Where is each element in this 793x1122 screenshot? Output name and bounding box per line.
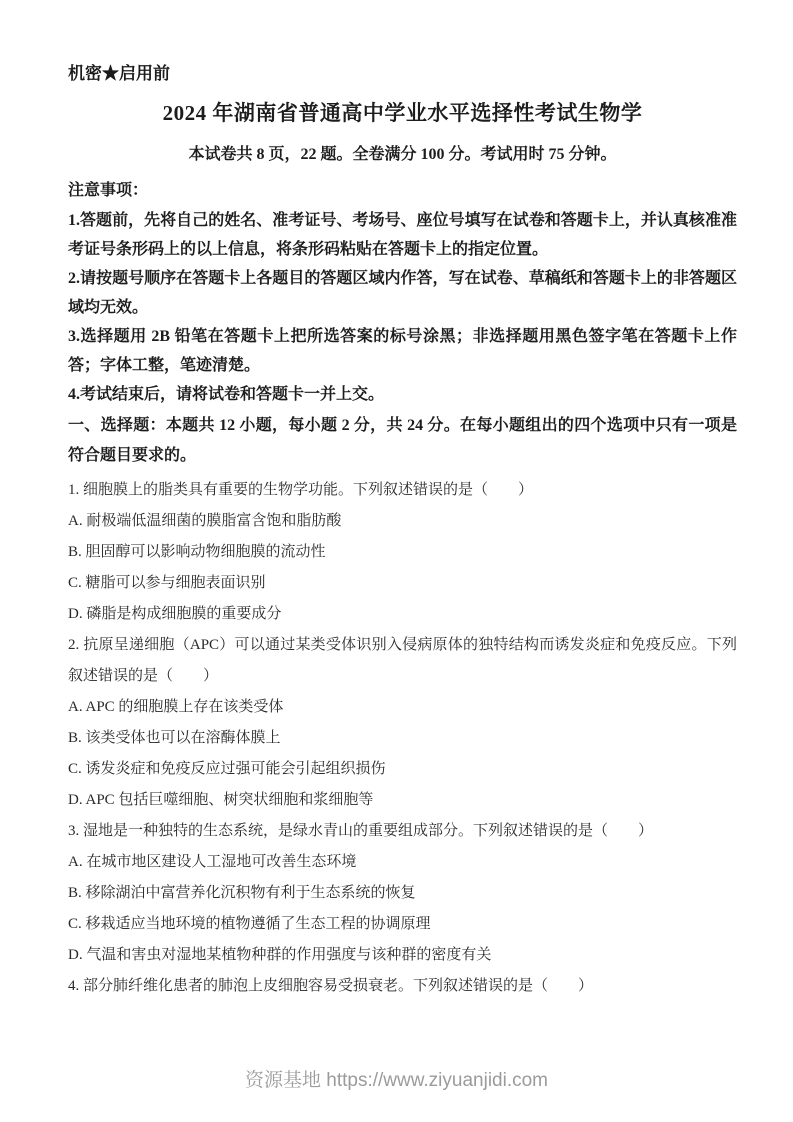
question-option: B. 该类受体也可以在溶酶体膜上 bbox=[68, 723, 737, 754]
notice-item-4: 4.考试结束后，请将试卷和答题卡一并上交。 bbox=[68, 380, 737, 409]
question-option: D. 气温和害虫对湿地某植物种群的作用强度与该种群的密度有关 bbox=[68, 940, 737, 971]
question-stem: 4. 部分肺纤维化患者的肺泡上皮细胞容易受损衰老。下列叙述错误的是（ ） bbox=[68, 971, 737, 1002]
classification-label: 机密★启用前 bbox=[68, 62, 737, 86]
question-stem: 2. 抗原呈递细胞（APC）可以通过某类受体识别入侵病原体的独特结构而诱发炎症和… bbox=[68, 630, 737, 692]
question-stem: 1. 细胞膜上的脂类具有重要的生物学功能。下列叙述错误的是（ ） bbox=[68, 475, 737, 506]
question-option: A. 在城市地区建设人工湿地可改善生态环境 bbox=[68, 847, 737, 878]
question-option: A. APC 的细胞膜上存在该类受体 bbox=[68, 692, 737, 723]
question-block-2: 2. 抗原呈递细胞（APC）可以通过某类受体识别入侵病原体的独特结构而诱发炎症和… bbox=[68, 630, 737, 816]
question-option: B. 胆固醇可以影响动物细胞膜的流动性 bbox=[68, 537, 737, 568]
question-block-1: 1. 细胞膜上的脂类具有重要的生物学功能。下列叙述错误的是（ ） A. 耐极端低… bbox=[68, 475, 737, 630]
footer-watermark: 资源基地 https://www.ziyuanjidi.com bbox=[0, 1068, 793, 1094]
question-block-4: 4. 部分肺纤维化患者的肺泡上皮细胞容易受损衰老。下列叙述错误的是（ ） bbox=[68, 971, 737, 1002]
page-title: 2024 年湖南省普通高中学业水平选择性考试生物学 bbox=[72, 98, 733, 128]
question-option: D. APC 包括巨噬细胞、树突状细胞和浆细胞等 bbox=[68, 785, 737, 816]
exam-paper-page: 机密★启用前 2024 年湖南省普通高中学业水平选择性考试生物学 本试卷共 8 … bbox=[0, 0, 793, 1122]
notice-item-1: 1.答题前，先将自己的姓名、准考证号、考场号、座位号填写在试卷和答题卡上，并认真… bbox=[68, 206, 737, 264]
section-heading: 一、选择题：本题共 12 小题，每小题 2 分，共 24 分。在每小题组出的四个… bbox=[68, 411, 737, 471]
question-option: C. 诱发炎症和免疫反应过强可能会引起组织损伤 bbox=[68, 754, 737, 785]
notice-item-3: 3.选择题用 2B 铅笔在答题卡上把所选答案的标号涂黑；非选择题用黑色签字笔在答… bbox=[68, 322, 737, 380]
question-option: D. 磷脂是构成细胞膜的重要成分 bbox=[68, 599, 737, 630]
paper-info-line: 本试卷共 8 页，22 题。全卷满分 100 分。考试用时 75 分钟。 bbox=[68, 142, 737, 168]
question-stem: 3. 湿地是一种独特的生态系统，是绿水青山的重要组成部分。下列叙述错误的是（ ） bbox=[68, 816, 737, 847]
notice-item-2: 2.请按题号顺序在答题卡上各题目的答题区域内作答，写在试卷、草稿纸和答题卡上的非… bbox=[68, 264, 737, 322]
notice-heading: 注意事项： bbox=[68, 176, 737, 206]
question-option: C. 移栽适应当地环境的植物遵循了生态工程的协调原理 bbox=[68, 909, 737, 940]
question-option: C. 糖脂可以参与细胞表面识别 bbox=[68, 568, 737, 599]
question-block-3: 3. 湿地是一种独特的生态系统，是绿水青山的重要组成部分。下列叙述错误的是（ ）… bbox=[68, 816, 737, 971]
question-option: A. 耐极端低温细菌的膜脂富含饱和脂肪酸 bbox=[68, 506, 737, 537]
question-option: B. 移除湖泊中富营养化沉积物有利于生态系统的恢复 bbox=[68, 878, 737, 909]
